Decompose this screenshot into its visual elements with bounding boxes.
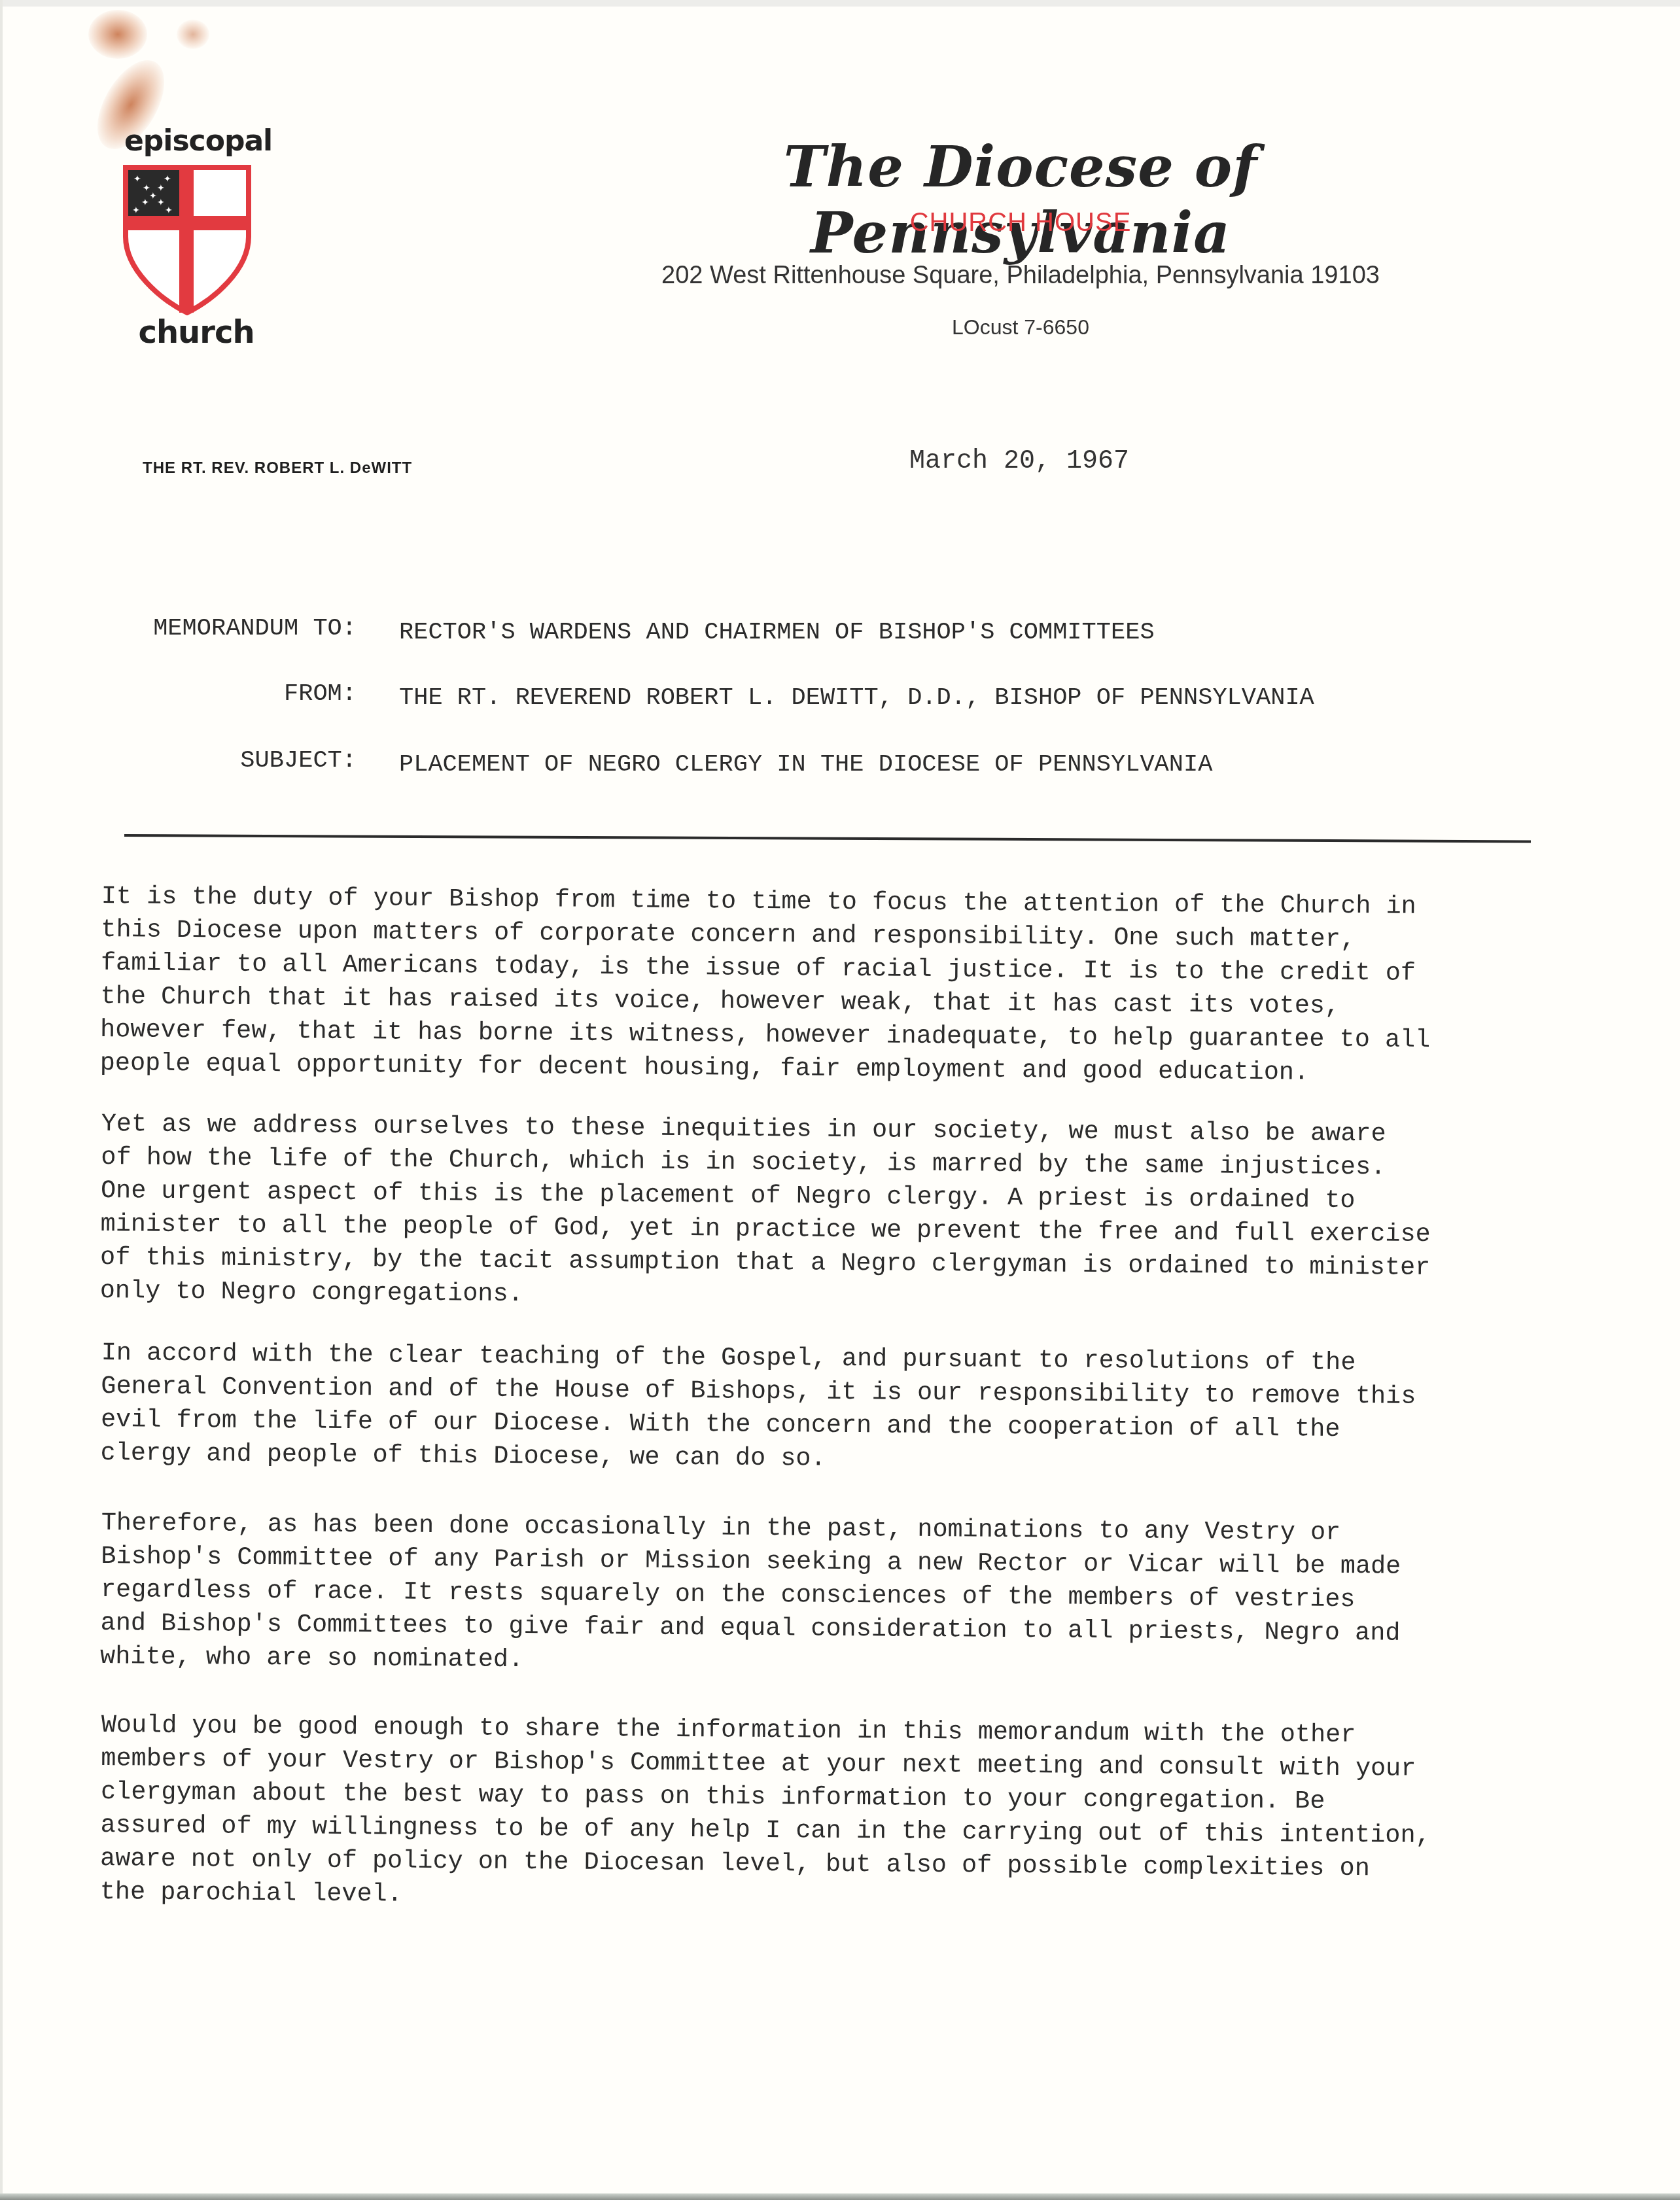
svg-text:✦: ✦ [157, 198, 165, 208]
stain-mark [177, 20, 209, 49]
memo-from-value: THE RT. REVEREND ROBERT L. DEWITT, D.D.,… [399, 684, 1314, 712]
svg-text:✦: ✦ [132, 205, 140, 216]
svg-text:✦: ✦ [141, 198, 149, 208]
header-divider [124, 834, 1531, 843]
body-paragraph: It is the duty of your Bishop from time … [100, 880, 1560, 1092]
svg-text:✦: ✦ [157, 183, 165, 194]
memo-from-label: FROM: [95, 680, 357, 708]
letterhead-address: 202 West Rittenhouse Square, Philadelphi… [608, 262, 1433, 290]
memo-to-value: RECTOR'S WARDENS AND CHAIRMEN OF BISHOP'… [399, 619, 1155, 646]
page-edge [0, 2193, 1680, 2200]
memo-to-label: MEMORANDUM TO: [95, 615, 357, 642]
svg-text:✦: ✦ [149, 191, 157, 201]
memo-subject-label: SUBJECT: [95, 747, 357, 775]
body-paragraph: Yet as we address ourselves to these ine… [100, 1108, 1560, 1319]
letterhead-title: The Diocese of Pennsylvania [608, 134, 1433, 266]
svg-text:✦: ✦ [165, 205, 173, 216]
memo-subject-value: PLACEMENT OF NEGRO CLERGY IN THE DIOCESE… [399, 751, 1212, 778]
page-edge [0, 0, 3, 2200]
logo-bottom-text: CHURCH [124, 314, 268, 351]
episcopal-shield-icon: ✦✦ ✦✦ ✦ ✦✦ ✦✦ [123, 165, 251, 315]
letterhead-phone: LOcust 7-6650 [608, 315, 1433, 340]
bishop-name: THE RT. REV. ROBERT L. DeWITT [143, 459, 412, 478]
body-paragraph: Would you be good enough to share the in… [100, 1709, 1560, 1921]
episcopal-church-logo: EPISCOPAL ✦✦ ✦✦ ✦ ✦✦ ✦✦ CHURCH [111, 124, 268, 360]
memo-date: March 20, 1967 [909, 447, 1129, 476]
body-paragraph: Therefore, as has been done occasionally… [100, 1507, 1560, 1685]
svg-text:✦: ✦ [133, 174, 141, 184]
body-paragraph: In accord with the clear teaching of the… [100, 1336, 1560, 1482]
stain-mark [88, 10, 147, 59]
svg-text:✦: ✦ [164, 174, 171, 184]
logo-top-text: EPISCOPAL [124, 124, 268, 158]
page-edge [0, 0, 1680, 7]
letterhead-subtitle: CHURCH HOUSE [608, 208, 1433, 237]
